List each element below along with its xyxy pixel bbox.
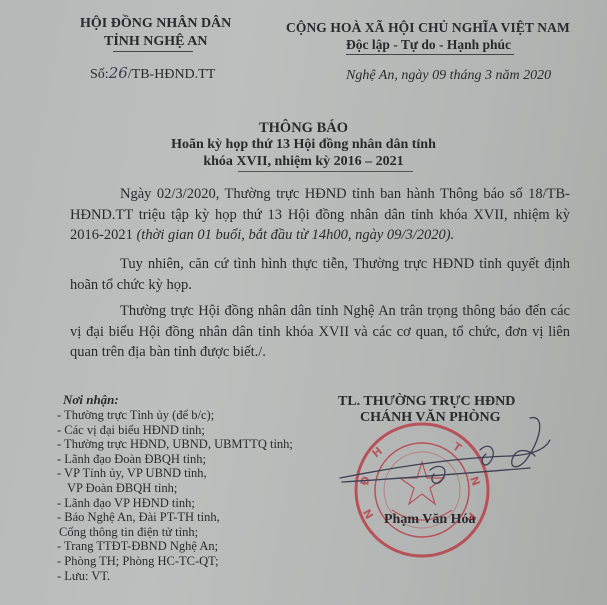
svg-text:T: T xyxy=(450,440,464,455)
recipients-title: Nơi nhận: xyxy=(63,392,119,408)
recipients-list: - Thường trực Tỉnh ủy (để b/c); - Các vị… xyxy=(57,408,293,583)
paragraph-1: Ngày 02/3/2020, Thường trực HĐND tỉnh ba… xyxy=(70,184,570,246)
recipient-item: Cổng thông tin điện tử tỉnh; xyxy=(57,525,293,540)
doc-number-suffix: /TB-HĐND.TT xyxy=(128,67,216,82)
recipient-item: - Thường trực Tỉnh ủy (để b/c); xyxy=(57,408,293,423)
recipient-item: - Báo Nghệ An, Đài PT-TH tỉnh, xyxy=(57,510,293,525)
svg-text:N: N xyxy=(361,507,377,521)
recipient-item: - Các vị đại biểu HĐND tỉnh; xyxy=(57,423,293,438)
svg-text:N: N xyxy=(467,475,482,488)
paragraph-3-text: Thường trực Hội đồng nhân dân tỉnh Nghệ … xyxy=(70,303,570,360)
paragraph-2-text: Tuy nhiên, căn cứ tình hình thực tiễn, T… xyxy=(70,256,570,293)
svg-text:Đ: Đ xyxy=(358,475,372,486)
recipient-item: - VP Tỉnh ủy, VP UBND tỉnh, xyxy=(57,466,293,481)
signature-title-1: TL. THƯỜNG TRỰC HĐND xyxy=(338,394,515,410)
paragraph-1-italic: (thời gian 01 buổi, bắt đầu từ 14h00, ng… xyxy=(136,227,454,243)
doc-subtitle-1: Hoãn kỳ họp thứ 13 Hội đồng nhân dân tỉn… xyxy=(0,137,607,153)
nation-line-1: CỘNG HOÀ XÃ HỘI CHỦ NGHĨA VIỆT NAM xyxy=(286,20,570,36)
signature-title-2: CHÁNH VĂN PHÒNG xyxy=(360,410,501,426)
issuer-line-2: TỈNH NGHỆ AN xyxy=(104,34,207,50)
issuer-underline xyxy=(113,51,193,52)
paragraph-3: Thường trực Hội đồng nhân dân tỉnh Nghệ … xyxy=(70,301,570,363)
title-underline xyxy=(238,171,413,172)
doc-heading: THÔNG BÁO xyxy=(0,120,607,137)
nation-motto: Độc lập - Tự do - Hạnh phúc xyxy=(346,37,511,53)
doc-number-handwritten: 26 xyxy=(109,64,128,82)
motto-underline xyxy=(346,54,514,55)
signer-name: Phạm Văn Hóa xyxy=(384,512,476,528)
recipient-item: - Lãnh đạo VP HĐND tỉnh; xyxy=(57,496,293,511)
official-seal-icon: H Đ N T N A xyxy=(352,420,492,560)
recipient-item: - Lãnh đạo Đoàn ĐBQH tỉnh; xyxy=(57,452,293,467)
recipient-item: - Thường trực HĐND, UBND, UBMTTQ tỉnh; xyxy=(57,437,293,452)
document-number: Số:26/TB-HĐND.TT xyxy=(90,64,215,83)
recipient-item: - Lưu: VT. xyxy=(57,569,293,584)
issuer-line-1: HỘI ĐỒNG NHÂN DÂN xyxy=(80,16,231,32)
recipient-item: - Trang TTĐT-ĐBND Nghệ An; xyxy=(57,539,293,554)
place-date: Nghệ An, ngày 09 tháng 3 năm 2020 xyxy=(346,68,551,84)
paragraph-2: Tuy nhiên, căn cứ tình hình thực tiễn, T… xyxy=(70,254,570,295)
recipient-item: VP Đoàn ĐBQH tỉnh; xyxy=(57,481,293,496)
svg-text:H: H xyxy=(370,444,385,460)
recipient-item: - Phòng TH; Phòng HC-TC-QT; xyxy=(57,554,293,569)
doc-number-label: Số: xyxy=(90,67,109,82)
handwritten-signature-icon xyxy=(330,410,570,520)
doc-subtitle-2: khóa XVII, nhiệm kỳ 2016 – 2021 xyxy=(0,154,607,170)
